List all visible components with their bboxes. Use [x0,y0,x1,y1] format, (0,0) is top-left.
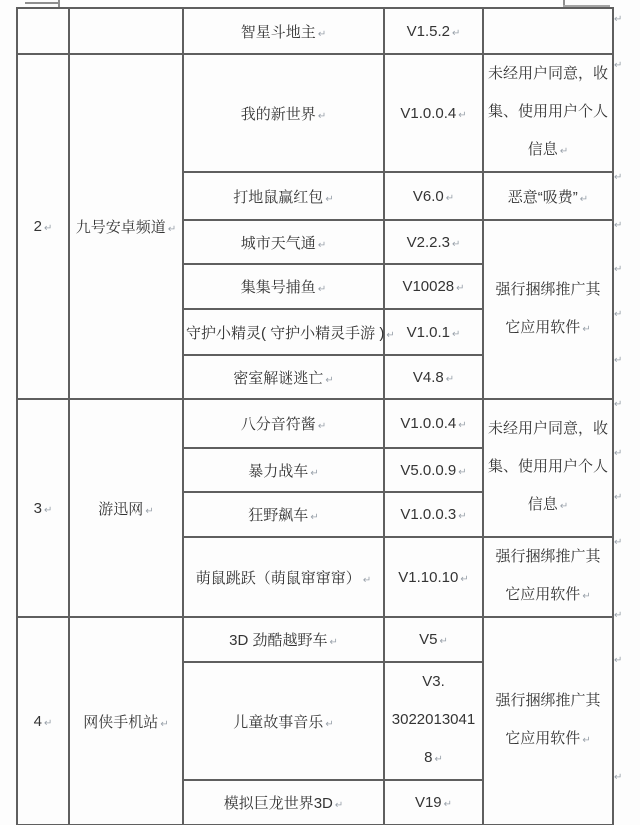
end-of-cell-mark: ↵ [460,574,468,585]
app-name-cell: 3D 劲酷越野车↵ [183,617,384,662]
end-of-row-mark: ↵ [614,61,622,71]
end-of-cell-mark: ↵ [318,240,326,251]
end-of-cell-mark: ↵ [560,501,568,512]
end-of-cell-mark: ↵ [560,146,568,157]
version-cell: V1.0.0.3↵ [384,492,483,537]
channel-cell [69,8,183,54]
version-cell: V1.0.0.4↵ [384,54,483,172]
end-of-cell-mark: ↵ [582,735,590,746]
end-of-cell-mark: ↵ [444,799,452,810]
end-of-cell-mark: ↵ [325,194,333,205]
end-of-cell-mark: ↵ [452,239,460,250]
end-of-cell-mark: ↵ [458,420,466,431]
end-of-row-mark: ↵ [614,173,622,183]
end-of-cell-mark: ↵ [318,421,326,432]
page-edge-artifact [25,2,60,4]
version-cell: V3. 3022013041 8↵ [384,662,483,780]
row-index-cell [17,8,69,54]
end-of-row-mark: ↵ [614,656,622,666]
app-name-cell: 智星斗地主↵ [183,8,384,54]
app-name-cell: 模拟巨龙世界3D↵ [183,780,384,825]
end-of-row-mark: ↵ [614,538,622,548]
version-cell: V5↵ [384,617,483,662]
end-of-cell-mark: ↵ [386,330,394,341]
end-of-row-mark: ↵ [614,265,622,275]
end-of-row-mark: ↵ [614,310,622,320]
end-of-cell-mark: ↵ [446,374,454,385]
end-of-cell-mark: ↵ [325,719,333,730]
issue-cell: 恶意“吸费”↵ [483,172,613,220]
version-cell: V19↵ [384,780,483,825]
app-name-cell: 守护小精灵( 守护小精灵手游 )↵ [183,309,384,355]
app-name-cell: 萌鼠跳跃（萌鼠窜窜窜）↵ [183,537,384,617]
end-of-row-mark: ↵ [614,449,622,459]
end-of-cell-mark: ↵ [582,591,590,602]
end-of-cell-mark: ↵ [452,329,460,340]
end-of-cell-mark: ↵ [446,193,454,204]
version-cell: V6.0↵ [384,172,483,220]
end-of-cell-mark: ↵ [145,506,153,517]
issue-cell: 强行捆绑推广其 它应用软件↵ [483,220,613,399]
end-of-row-mark: ↵ [614,773,622,783]
violation-apps-table: 智星斗地主↵ V1.5.2↵ 2↵ 九号安卓频道↵ 我的新世界↵ V1.0.0.… [16,7,614,825]
end-of-row-mark: ↵ [614,400,622,410]
version-cell: V1.5.2↵ [384,8,483,54]
app-name-cell: 集集号捕鱼↵ [183,264,384,309]
version-cell: V4.8↵ [384,355,483,399]
end-of-cell-mark: ↵ [456,283,464,294]
channel-cell: 游迅网↵ [69,399,183,617]
document-page: 智星斗地主↵ V1.5.2↵ 2↵ 九号安卓频道↵ 我的新世界↵ V1.0.0.… [0,0,640,825]
end-of-cell-mark: ↵ [318,111,326,122]
channel-cell: 网侠手机站↵ [69,617,183,825]
table-row: 2↵ 九号安卓频道↵ 我的新世界↵ V1.0.0.4↵ 未经用户同意，收 集、使… [17,54,613,172]
end-of-cell-mark: ↵ [329,637,337,648]
end-of-row-mark: ↵ [614,15,622,25]
row-index-cell: 2↵ [17,54,69,399]
row-index-cell: 4↵ [17,617,69,825]
end-of-cell-mark: ↵ [325,375,333,386]
issue-cell: 强行捆绑推广其 它应用软件↵ [483,617,613,825]
end-of-cell-mark: ↵ [452,28,460,39]
issue-cell: 未经用户同意，收 集、使用用户个人 信息↵ [483,54,613,172]
end-of-row-mark: ↵ [614,611,622,621]
end-of-cell-mark: ↵ [363,575,371,586]
app-name-cell: 打地鼠赢红包↵ [183,172,384,220]
end-of-row-mark: ↵ [614,493,622,503]
app-name-cell: 城市天气通↵ [183,220,384,264]
version-cell: V10028↵ [384,264,483,309]
app-name-cell: 狂野飙车↵ [183,492,384,537]
row-index-cell: 3↵ [17,399,69,617]
table-row: 3↵ 游迅网↵ 八分音符酱↵ V1.0.0.4↵ 未经用户同意，收 集、使用用户… [17,399,613,448]
end-of-cell-mark: ↵ [458,511,466,522]
end-of-cell-mark: ↵ [335,800,343,811]
version-cell: V2.2.3↵ [384,220,483,264]
app-name-cell: 儿童故事音乐↵ [183,662,384,780]
version-cell: V1.10.10↵ [384,537,483,617]
end-of-cell-mark: ↵ [434,754,442,765]
end-of-cell-mark: ↵ [310,468,318,479]
end-of-cell-mark: ↵ [44,223,52,234]
app-name-cell: 我的新世界↵ [183,54,384,172]
end-of-cell-mark: ↵ [310,512,318,523]
channel-cell: 九号安卓频道↵ [69,54,183,399]
version-cell: V5.0.0.9↵ [384,448,483,492]
end-of-cell-mark: ↵ [44,505,52,516]
issue-cell [483,8,613,54]
issue-cell: 强行捆绑推广其 它应用软件↵ [483,537,613,617]
end-of-cell-mark: ↵ [318,29,326,40]
end-of-cell-mark: ↵ [318,284,326,295]
end-of-cell-mark: ↵ [582,324,590,335]
end-of-cell-mark: ↵ [439,636,447,647]
table-row: 智星斗地主↵ V1.5.2↵ [17,8,613,54]
version-cell: V1.0.1↵ [384,309,483,355]
end-of-cell-mark: ↵ [458,110,466,121]
issue-cell: 未经用户同意，收 集、使用用户个人 信息↵ [483,399,613,537]
app-name-cell: 密室解谜逃亡↵ [183,355,384,399]
end-of-row-mark: ↵ [614,356,622,366]
table-row: 4↵ 网侠手机站↵ 3D 劲酷越野车↵ V5↵ 强行捆绑推广其 它应用软件↵ [17,617,613,662]
app-name-cell: 八分音符酱↵ [183,399,384,448]
end-of-row-mark: ↵ [614,221,622,231]
app-name-cell: 暴力战车↵ [183,448,384,492]
version-cell: V1.0.0.4↵ [384,399,483,448]
end-of-cell-mark: ↵ [168,224,176,235]
page-edge-artifact [58,0,60,7]
end-of-cell-mark: ↵ [44,718,52,729]
end-of-cell-mark: ↵ [458,467,466,478]
end-of-cell-mark: ↵ [580,194,588,205]
end-of-cell-mark: ↵ [160,719,168,730]
